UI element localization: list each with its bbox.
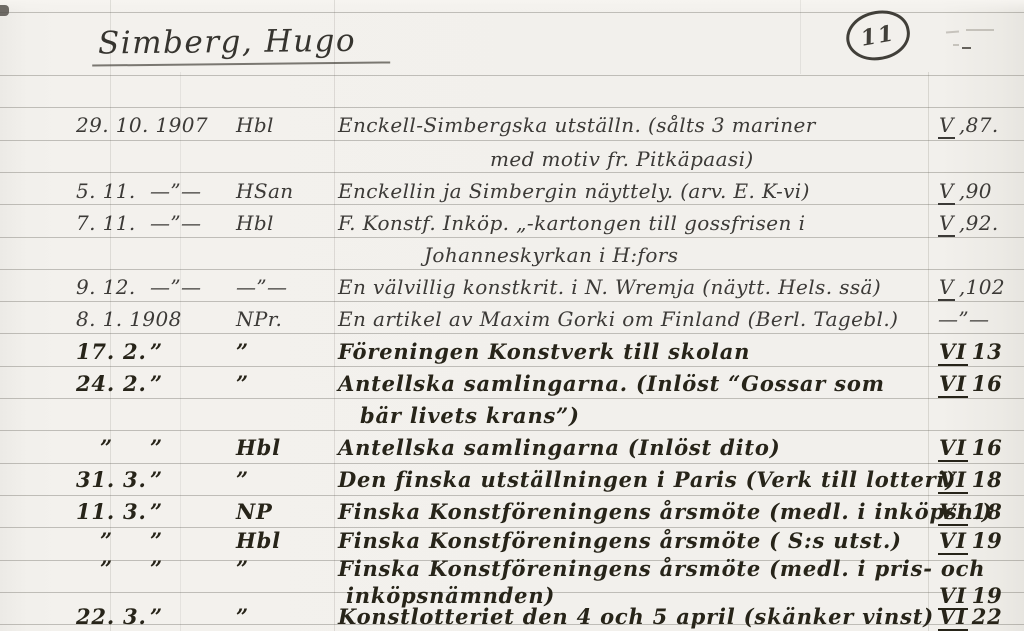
entry-text: Johanneskyrkan i H:fors xyxy=(424,243,678,267)
entry-text: med motiv fr. Pitkäpaasi) xyxy=(490,147,754,171)
reference-page: 22 xyxy=(972,604,1003,629)
reference-page: 13 xyxy=(972,339,1003,364)
ledger-line: 17. 2.””Föreningen Konstverk till skolan… xyxy=(0,331,1024,366)
entry-source: Hbl xyxy=(236,435,281,460)
ledger-line: 8. 1. 1908NPr.En artikel av Maxim Gorki … xyxy=(0,298,1024,333)
page-title: Simberg, Hugo xyxy=(92,22,391,66)
page-number: 11 xyxy=(859,20,898,52)
reference-page: ,92. xyxy=(959,211,999,235)
ledger-table: 29. 10. 1907HblEnckell-Simbergska utstäl… xyxy=(0,0,1024,631)
entry-text: Konstlotteriet den 4 och 5 april (skänke… xyxy=(338,604,934,629)
entry-text: Enckellin ja Simbergin näyttely. (arv. E… xyxy=(338,179,810,203)
reference-page: ,102 xyxy=(959,275,1005,299)
reference-volume: VI xyxy=(938,467,968,494)
entry-year-ditto: —”— xyxy=(150,179,201,203)
entry-reference: VI22 xyxy=(938,604,1003,629)
entry-text: Den finska utställningen i Paris (Verk t… xyxy=(338,467,956,492)
entry-year-ditto: —”— xyxy=(150,211,201,235)
entry-year-ditto: ” xyxy=(150,371,163,396)
entry-date: 24. 2. xyxy=(76,371,147,396)
ledger-line: 31. 3.””Den finska utställningen i Paris… xyxy=(0,459,1024,494)
entry-text: Föreningen Konstverk till skolan xyxy=(338,339,750,364)
entry-source: HSan xyxy=(236,179,294,203)
reference-page: 16 xyxy=(972,371,1003,396)
scanned-ledger-page: Simberg, Hugo 11 29. 10. 1907HblEnckell-… xyxy=(0,0,1024,631)
ledger-line: 5. 11.—”—HSanEnckellin ja Simbergin näyt… xyxy=(0,170,1024,205)
entry-date: 5. 11. xyxy=(76,179,136,203)
ledger-line: med motiv fr. Pitkäpaasi) xyxy=(0,138,1024,173)
entry-date: 17. 2. xyxy=(76,339,147,364)
entry-source: Hbl xyxy=(236,113,274,137)
entry-source: ” xyxy=(236,467,249,492)
reference-page: 16 xyxy=(972,435,1003,460)
entry-source: ” xyxy=(236,339,249,364)
reference-page: ,90 xyxy=(959,179,992,203)
reference-volume: V xyxy=(938,113,955,139)
entry-date: ” xyxy=(100,435,113,460)
entry-text: En artikel av Maxim Gorki om Finland (Be… xyxy=(338,307,898,331)
entry-date: 29. 10. 1907 xyxy=(76,113,208,137)
entry-date: 31. 3. xyxy=(76,467,147,492)
ruled-line xyxy=(0,75,1024,76)
entry-date: 9. 12. xyxy=(76,275,136,299)
entry-year-ditto: —”— xyxy=(150,275,201,299)
entry-source: NPr. xyxy=(236,307,282,331)
ledger-line: 9. 12.—”——”—En välvillig konstkrit. i N.… xyxy=(0,266,1024,301)
entry-year-ditto: ” xyxy=(150,435,163,460)
entry-reference: V,87. xyxy=(938,113,999,137)
entry-reference: VI18 xyxy=(938,467,1003,492)
ledger-line: ””HblAntellska samlingarna (Inlöst dito)… xyxy=(0,427,1024,462)
ledger-line: 24. 2.””Antellska samlingarna. (Inlöst “… xyxy=(0,363,1024,398)
entry-year-ditto: ” xyxy=(150,604,163,629)
entry-source: ” xyxy=(236,371,249,396)
entry-reference: V,102 xyxy=(938,275,1005,299)
entry-source: —”— xyxy=(236,275,287,299)
scan-edge-mark xyxy=(0,5,9,16)
entry-text: Antellska samlingarna (Inlöst dito) xyxy=(338,435,780,460)
entry-text: bär livets krans”) xyxy=(360,403,580,428)
reference-volume: VI xyxy=(938,604,968,631)
ledger-line: 7. 11.—”—HblF. Konstf. Inköp. „-kartonge… xyxy=(0,202,1024,237)
ledger-line: 22. 3.””Konstlotteriet den 4 och 5 april… xyxy=(0,596,1024,631)
column-rule xyxy=(800,0,801,74)
entry-reference: VI16 xyxy=(938,371,1003,396)
entry-date: 22. 3. xyxy=(76,604,147,629)
entry-text: En välvillig konstkrit. i N. Wremja (näy… xyxy=(338,275,881,299)
reference-volume: VI xyxy=(938,371,968,398)
ledger-line: 29. 10. 1907HblEnckell-Simbergska utstäl… xyxy=(0,104,1024,139)
entry-date: 8. 1. 1908 xyxy=(76,307,182,331)
entry-text: Enckell-Simbergska utställn. (sålts 3 ma… xyxy=(338,113,816,137)
entry-text: F. Konstf. Inköp. „-kartongen till gossf… xyxy=(338,211,805,235)
entry-reference: —”— xyxy=(938,307,989,331)
ledger-line: Johanneskyrkan i H:fors xyxy=(0,234,1024,269)
entry-reference: VI13 xyxy=(938,339,1003,364)
entry-text: Antellska samlingarna. (Inlöst “Gossar s… xyxy=(338,371,885,396)
reference-page: 18 xyxy=(972,467,1003,492)
entry-source: Hbl xyxy=(236,211,274,235)
reference-volume: VI xyxy=(938,435,968,462)
entry-reference: V,90 xyxy=(938,179,992,203)
entry-year-ditto: ” xyxy=(150,339,163,364)
entry-source: ” xyxy=(236,604,249,629)
entry-year-ditto: ” xyxy=(150,467,163,492)
entry-reference: V,92. xyxy=(938,211,999,235)
entry-reference: VI16 xyxy=(938,435,1003,460)
reference-page: ,87. xyxy=(959,113,999,137)
ledger-line: bär livets krans”) xyxy=(0,395,1024,430)
reference-volume: VI xyxy=(938,339,968,366)
entry-date: 7. 11. xyxy=(76,211,136,235)
